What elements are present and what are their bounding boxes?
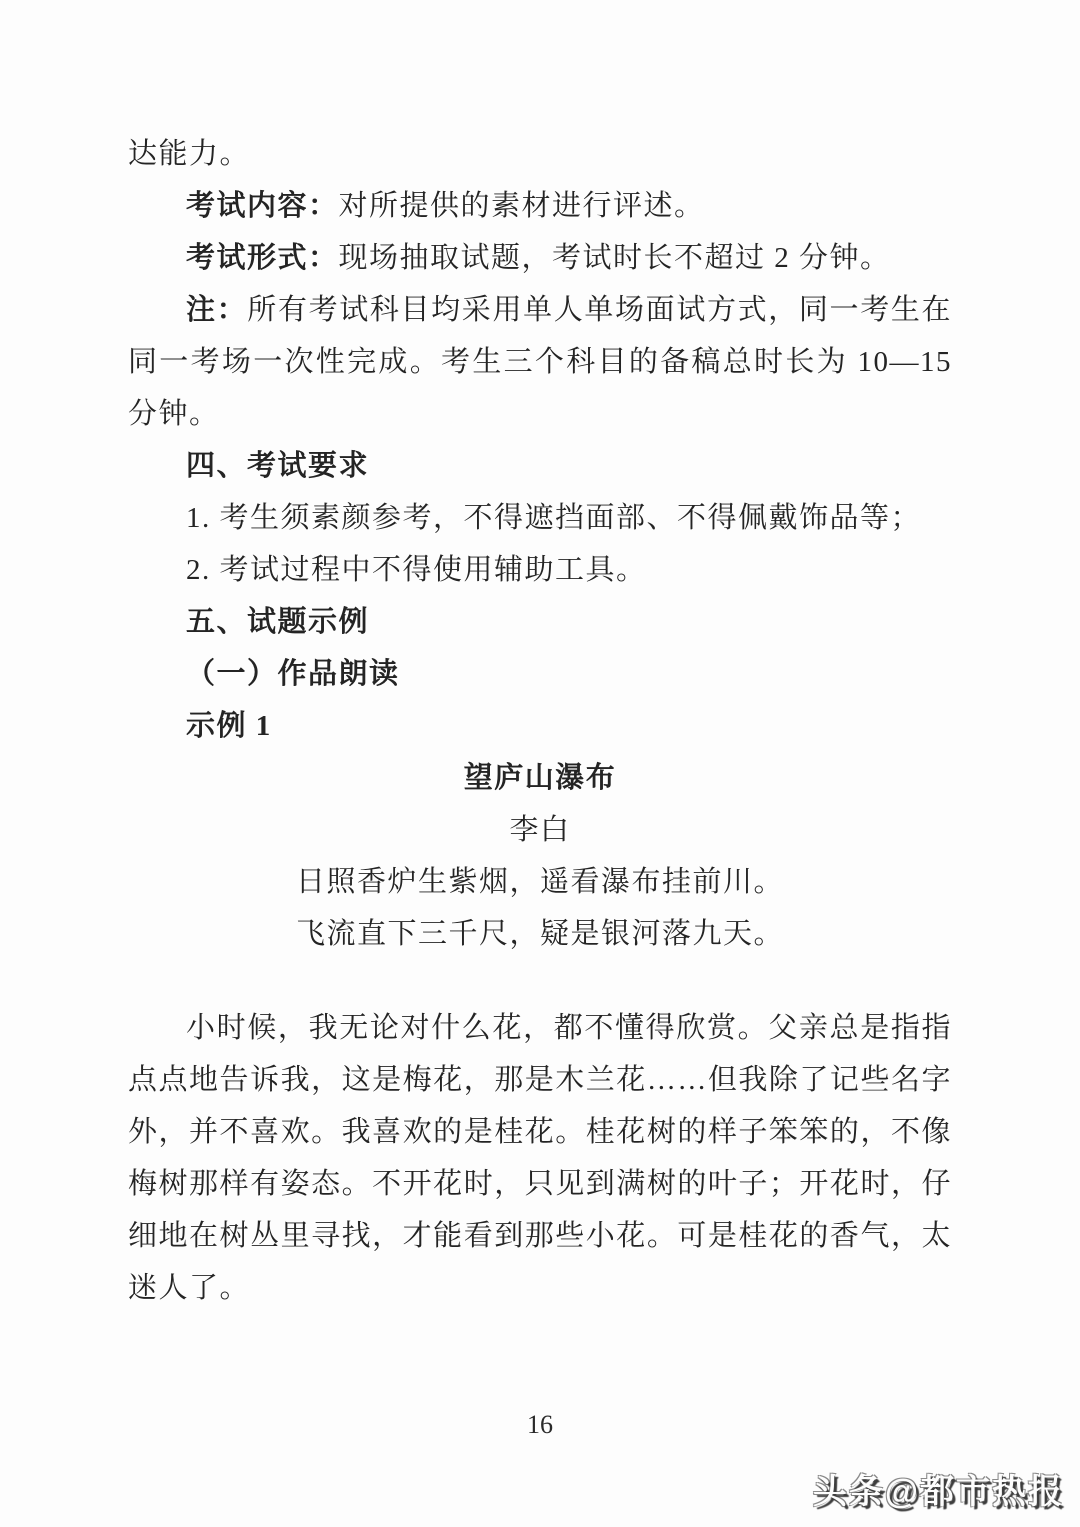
section5-subheading: （一）作品朗读 [128,648,952,700]
paragraph-continuation: 达能力。 [128,128,952,180]
watermark: 头条@都市热报 [813,1464,1064,1513]
paragraph-exam-content: 考试内容：对所提供的素材进行评述。 [128,180,952,232]
poem-title: 望庐山瀑布 [128,752,952,804]
paragraph-note: 注：所有考试科目均采用单人单场面试方式，同一考生在同一考场一次性完成。考生三个科… [128,284,952,440]
section-gap [128,960,952,1002]
section5-heading: 五、试题示例 [128,596,952,648]
poem-line-2: 飞流直下三千尺，疑是银河落九天。 [128,908,952,960]
poem-line-1: 日照香炉生紫烟，遥看瀑布挂前川。 [128,856,952,908]
section4-heading: 四、考试要求 [128,440,952,492]
poem-author: 李白 [128,804,952,856]
example-label: 示例 1 [128,700,952,752]
exam-format-label: 考试形式： [186,242,339,274]
document-page: 达能力。 考试内容：对所提供的素材进行评述。 考试形式：现场抽取试题，考试时长不… [0,0,1080,1527]
paragraph-exam-format: 考试形式：现场抽取试题，考试时长不超过 2 分钟。 [128,232,952,284]
exam-content-label: 考试内容： [186,190,339,222]
page-number: 16 [0,1410,1080,1440]
note-label: 注： [186,294,247,326]
document-content: 达能力。 考试内容：对所提供的素材进行评述。 考试形式：现场抽取试题，考试时长不… [128,128,952,1314]
section4-item-2: 2. 考试过程中不得使用辅助工具。 [128,544,952,596]
exam-format-text: 现场抽取试题，考试时长不超过 2 分钟。 [339,242,891,274]
exam-content-text: 对所提供的素材进行评述。 [339,190,705,222]
prose-paragraph: 小时候，我无论对什么花，都不懂得欣赏。父亲总是指指点点地告诉我，这是梅花，那是木… [128,1002,952,1314]
note-text: 所有考试科目均采用单人单场面试方式，同一考生在同一考场一次性完成。考生三个科目的… [128,294,952,430]
section4-item-1: 1. 考生须素颜参考，不得遮挡面部、不得佩戴饰品等； [128,492,952,544]
